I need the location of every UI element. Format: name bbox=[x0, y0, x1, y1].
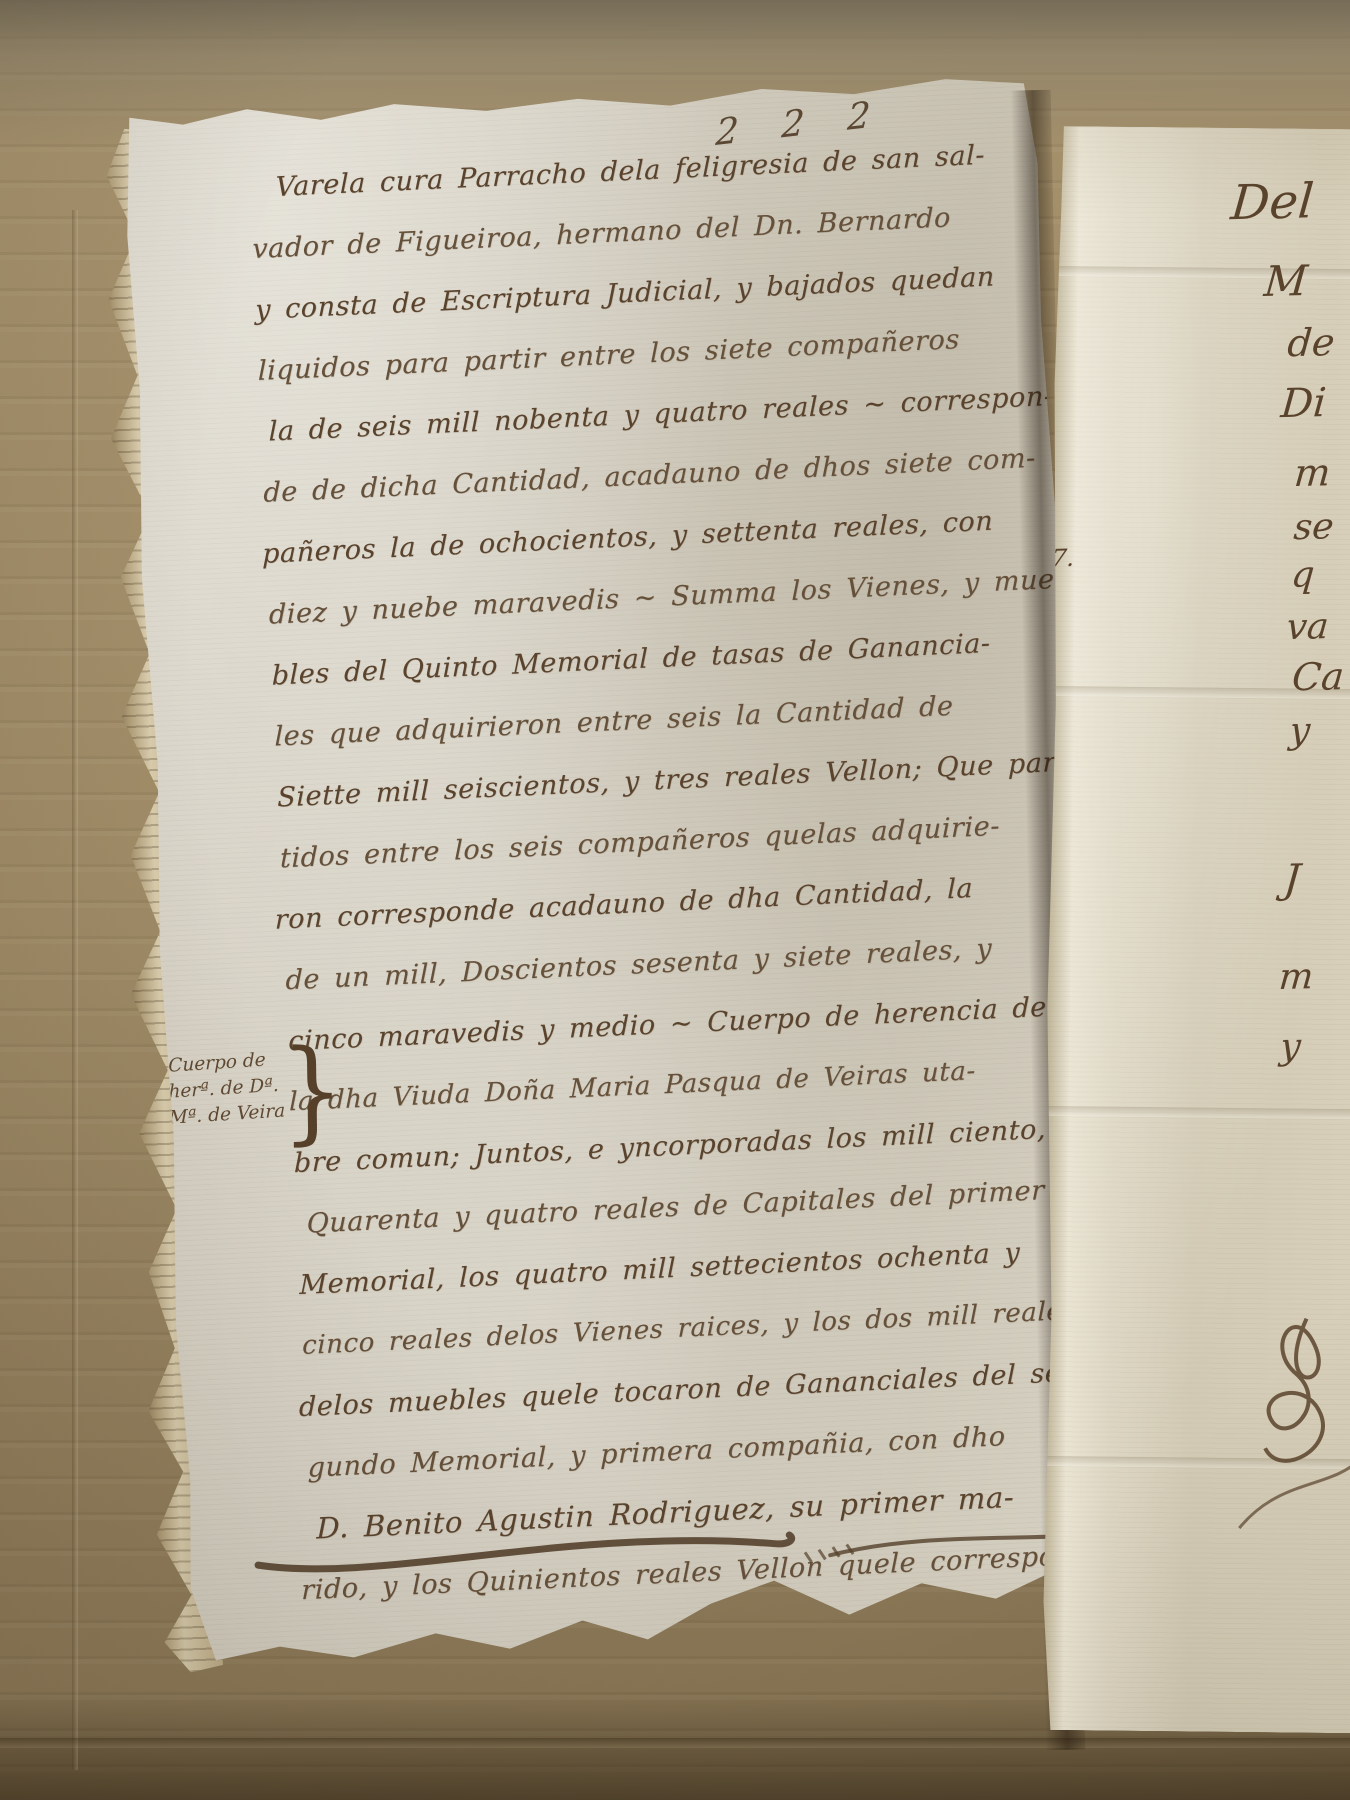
right-page-fragment: q bbox=[1290, 554, 1316, 596]
right-page-fragment: Del bbox=[1229, 173, 1316, 231]
right-page-fragment: de bbox=[1286, 320, 1337, 365]
right-page-fragment: m bbox=[1293, 450, 1333, 495]
cardboard-crease bbox=[72, 210, 78, 1770]
paper-crease bbox=[1044, 1106, 1350, 1119]
right-page-fragment: se bbox=[1292, 506, 1335, 548]
signature-flourish bbox=[1209, 1278, 1350, 1580]
right-page-fragment: y bbox=[1279, 1026, 1303, 1067]
right-page-fragment: m bbox=[1277, 956, 1315, 998]
right-page-fragment: J bbox=[1282, 856, 1302, 902]
right-page-fragment: Di bbox=[1279, 380, 1328, 427]
right-page-fragment: Ca bbox=[1290, 654, 1345, 699]
handwritten-text-block: Varela cura Parracho dela feligresia de … bbox=[248, 122, 1104, 1620]
cardboard-seam bbox=[0, 1738, 1350, 1748]
right-page: Del M de Di m se q 7. va Ca y J m y bbox=[1037, 126, 1350, 1733]
margin-note: Cuerpo de herª. de Dª. Mª. de Veira bbox=[168, 1046, 287, 1132]
left-page: 2 2 2 Varela cura Parracho dela feligres… bbox=[118, 70, 1108, 1666]
manuscript-photo: 2 2 2 Varela cura Parracho dela feligres… bbox=[0, 0, 1350, 1800]
right-page-fragment: va bbox=[1285, 606, 1330, 648]
margin-note-brace: } bbox=[280, 1025, 345, 1156]
right-page-fragment: y bbox=[1288, 710, 1312, 751]
right-page-fragment: M bbox=[1262, 256, 1309, 306]
